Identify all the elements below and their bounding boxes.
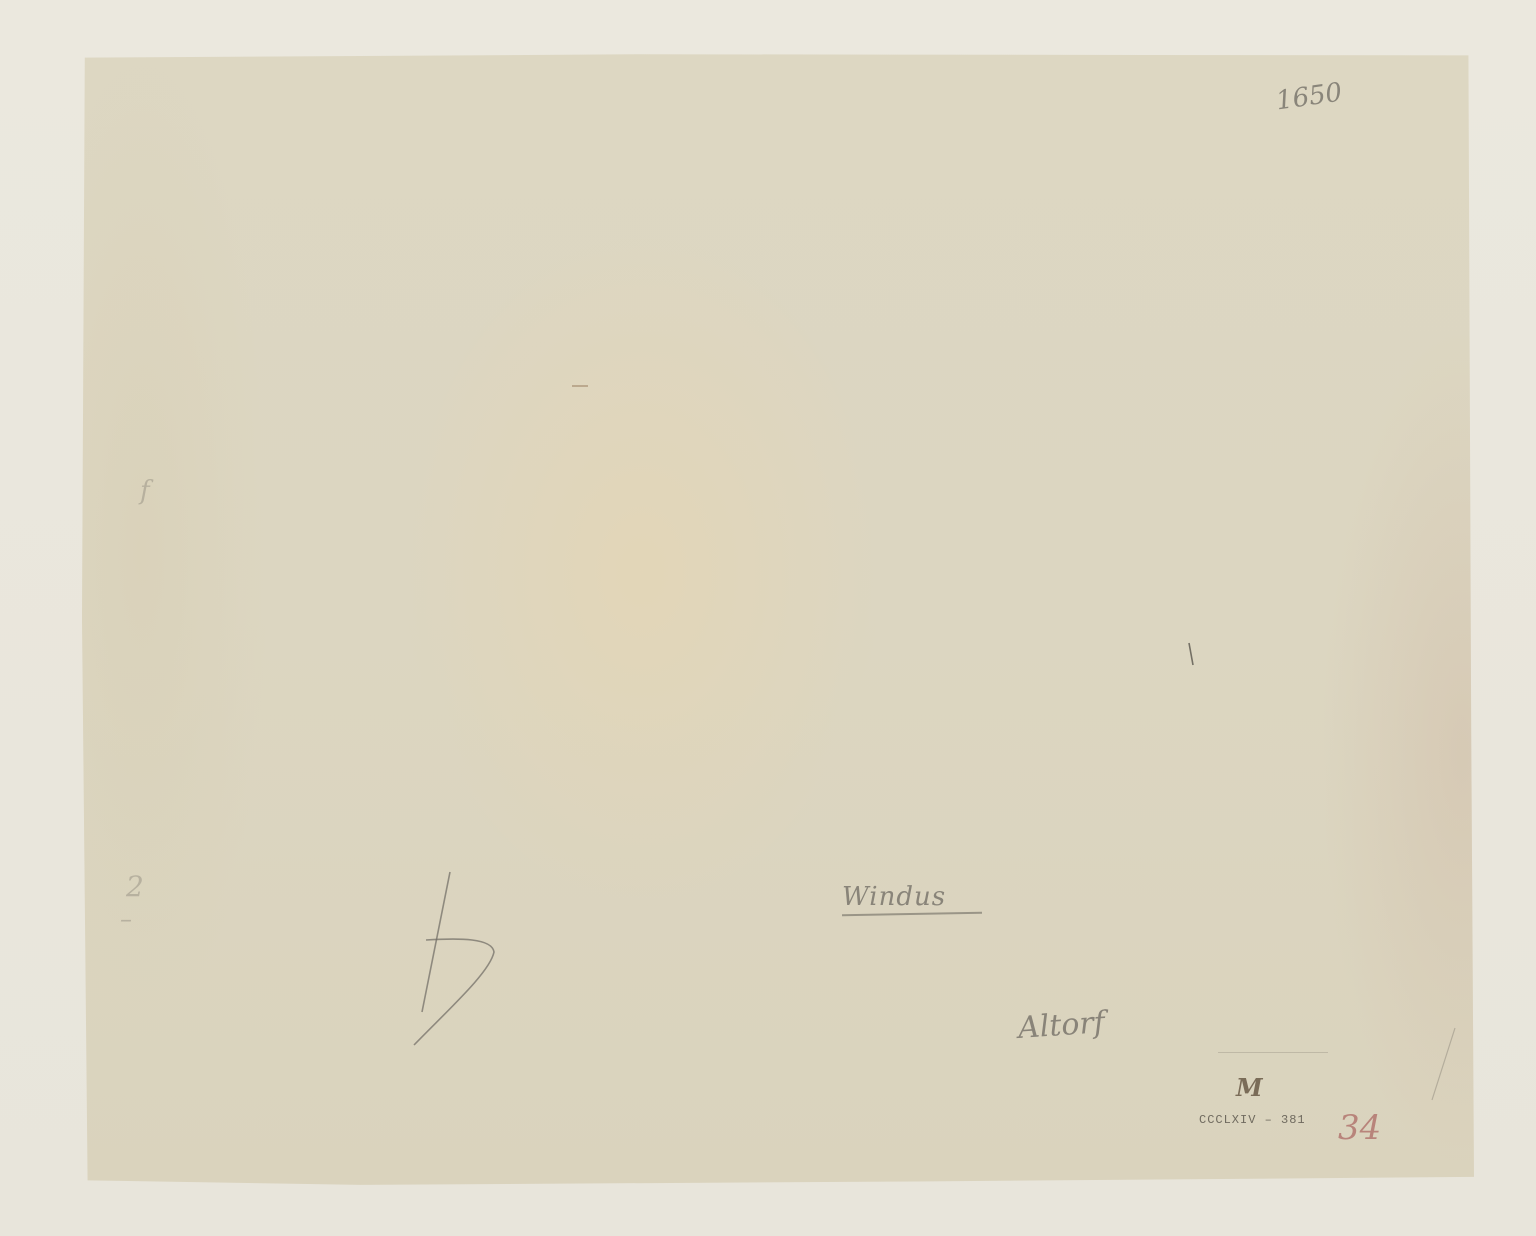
- margin-mark-f: f: [140, 476, 150, 506]
- red-ink-number: 34: [1338, 1108, 1381, 1148]
- inscription-altorf: Altorf: [1017, 1005, 1106, 1046]
- paper-sheet: [82, 52, 1474, 1186]
- collection-number: CCCLXIV – 381: [1199, 1113, 1306, 1127]
- margin-mark-dash: –: [120, 905, 132, 933]
- collection-stamp-monogram-icon: M: [1236, 1073, 1263, 1102]
- inscription-windus: Windus: [842, 882, 946, 912]
- margin-mark-2: 2: [126, 870, 144, 903]
- faint-pencil-line: [1218, 1052, 1328, 1053]
